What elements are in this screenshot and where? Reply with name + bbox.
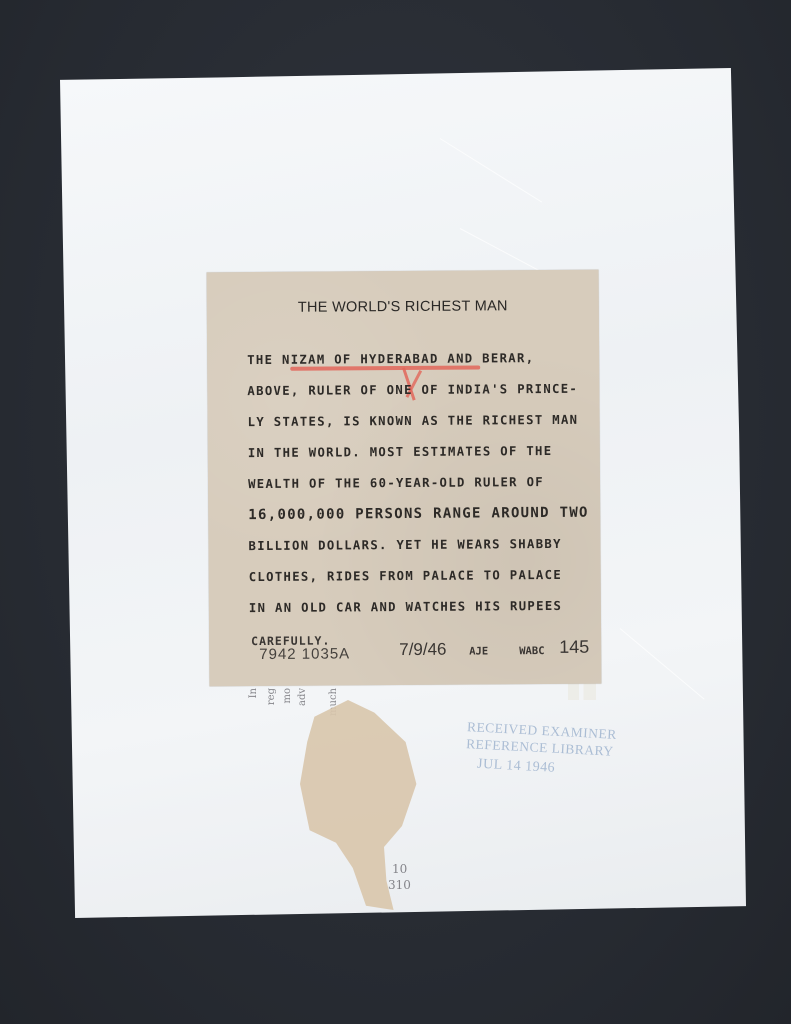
caption-line: IN AN OLD CAR AND WATCHES HIS RUPEES bbox=[249, 596, 599, 629]
photo-stamp-number: 7942 1035A bbox=[259, 645, 350, 663]
caption-line: LY STATES, IS KNOWN AS THE RICHEST MAN bbox=[248, 410, 598, 443]
bottom-text-fragment: 10 bbox=[392, 862, 407, 876]
caption-line: WEALTH OF THE 60-YEAR-OLD RULER OF bbox=[248, 472, 598, 505]
caption-body: THE NIZAM OF HYDERABAD AND BERAR, ABOVE,… bbox=[247, 348, 599, 629]
caption-code-prefix: WABC bbox=[519, 645, 544, 657]
caption-line: IN THE WORLD. MOST ESTIMATES OF THE bbox=[248, 441, 598, 474]
bottom-text-fragment: 310 bbox=[388, 878, 411, 892]
library-received-stamp: RECEIVED EXAMINER REFERENCE LIBRARY JUL … bbox=[465, 718, 617, 780]
caption-code-number: 145 bbox=[559, 637, 589, 658]
offset-text-fragment: In bbox=[248, 688, 259, 698]
caption-date: 7/9/46 bbox=[399, 640, 446, 660]
offset-text-fragment: adv bbox=[297, 688, 308, 706]
caption-initials: AJE bbox=[469, 645, 488, 657]
caption-line: BILLION DOLLARS. YET HE WEARS SHABBY bbox=[248, 534, 598, 567]
caption-line: THE NIZAM OF HYDERABAD AND BERAR, bbox=[247, 348, 597, 381]
caption-line: CLOTHES, RIDES FROM PALACE TO PALACE bbox=[249, 565, 599, 598]
caption-clipping: THE WORLD'S RICHEST MAN THE NIZAM OF HYD… bbox=[207, 270, 602, 687]
offset-text-fragment: reg bbox=[266, 688, 277, 705]
paper-crease bbox=[620, 628, 705, 699]
caption-footer: CAREFULLY. 7942 1035A 7/9/46 AJE WABC 14… bbox=[209, 632, 601, 675]
offset-text-fragment: mo bbox=[282, 688, 293, 704]
caption-title: THE WORLD'S RICHEST MAN bbox=[207, 298, 599, 317]
caption-line: ABOVE, RULER OF ONE OF INDIA'S PRINCE- bbox=[247, 379, 597, 412]
caption-line: 16,000,000 PERSONS RANGE AROUND TWO bbox=[248, 503, 598, 536]
paper-crease bbox=[440, 138, 542, 202]
